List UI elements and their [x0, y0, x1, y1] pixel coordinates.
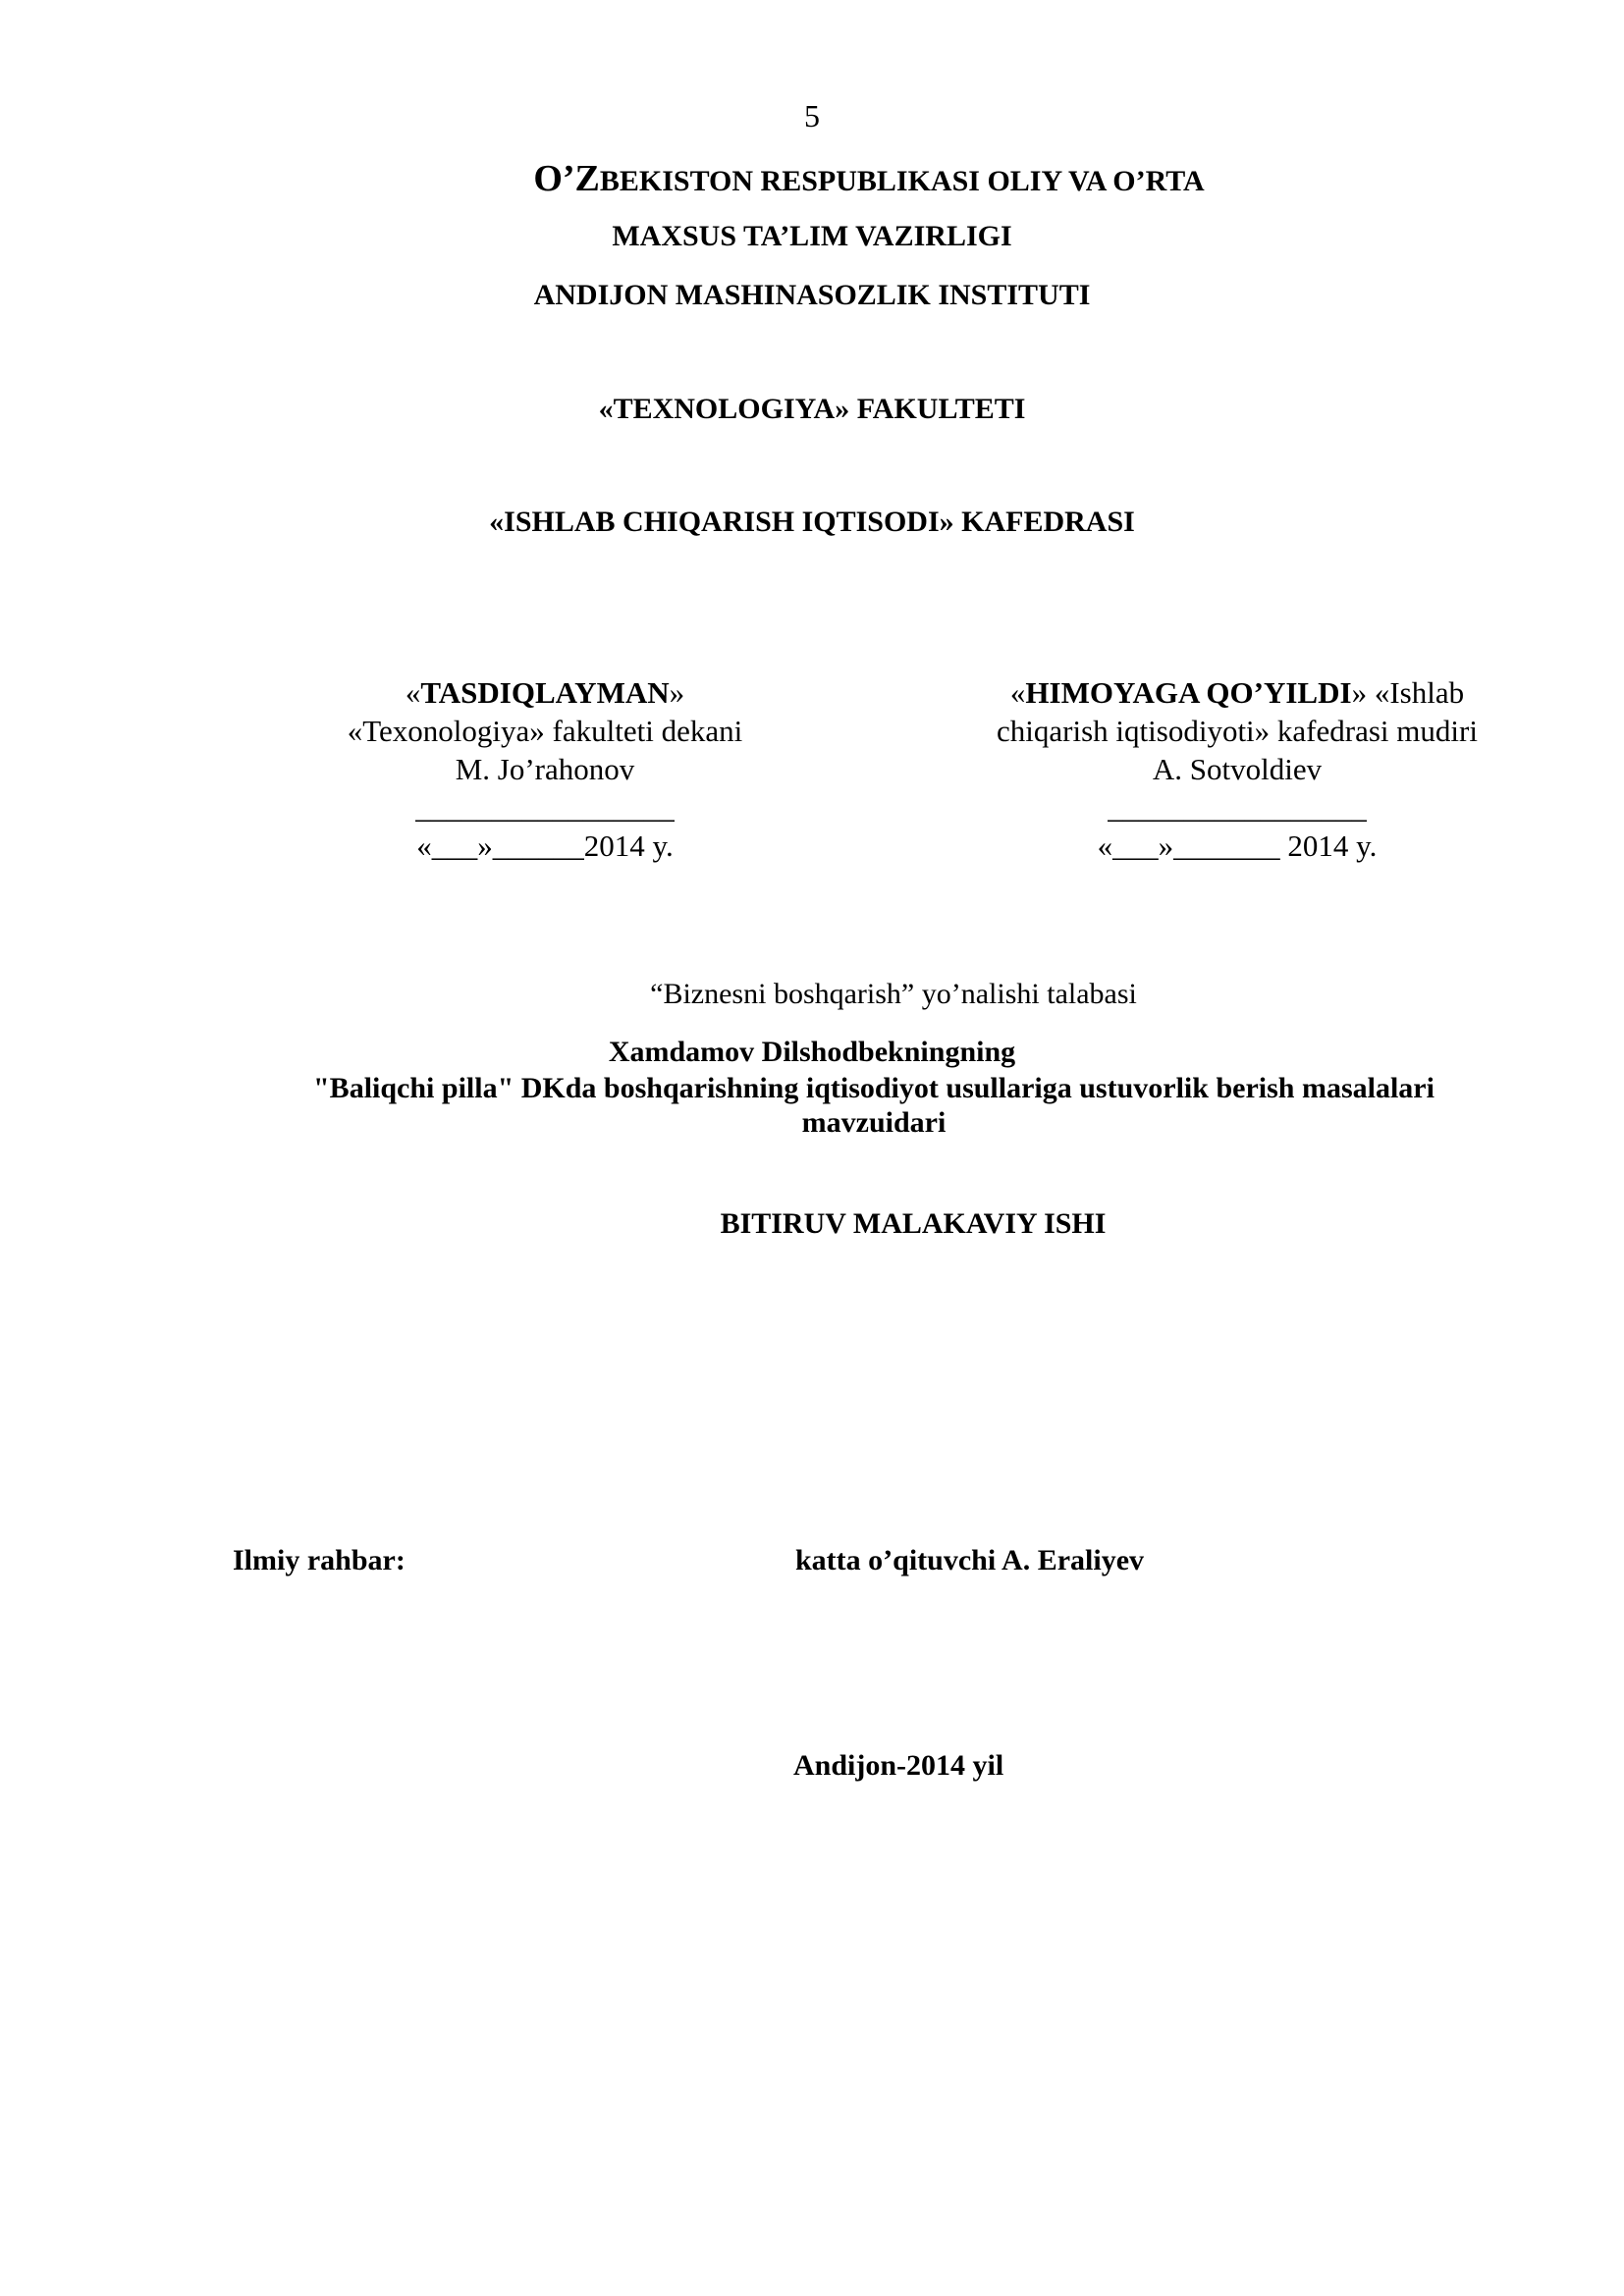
student-direction: “Biznesni boshqarish” yo’nalishi talabas…: [550, 978, 1237, 1011]
approver-name: A. Sotvoldiev: [943, 750, 1532, 788]
approval-title: TASDIQLAYMAN: [420, 675, 669, 710]
approver-position: chiqarish iqtisodiyoti» kafedrasi mudiri: [943, 712, 1532, 750]
date-line: «___»_______ 2014 y.: [943, 827, 1532, 865]
city-year: Andijon-2014 yil: [793, 1749, 1003, 1783]
quote-close: »: [670, 675, 685, 710]
document-type: BITIRUV MALAKAVIY ISHI: [599, 1207, 1227, 1241]
approval-title: HIMOYAGA QO’YILDI: [1025, 675, 1351, 710]
quote-open: «: [1010, 675, 1026, 710]
page-number: 5: [0, 98, 1624, 134]
signature-line: _________________: [943, 788, 1532, 827]
faculty-name: «TEXNOLOGIYA» FAKULTETI: [0, 393, 1624, 426]
thesis-topic: "Baliqchi pilla" DKda boshqarishning iqt…: [236, 1071, 1512, 1140]
signature-line: _________________: [295, 788, 795, 827]
thesis-topic-line-1: "Baliqchi pilla" DKda boshqarishning iqt…: [236, 1071, 1512, 1105]
ministry-title-line-2: MAXSUS TA’LIM VAZIRLIGI: [0, 220, 1624, 253]
approval-title-line: «TASDIQLAYMAN»: [295, 673, 795, 712]
ministry-title-rest: BEKISTON RESPUBLIKASI OLIY VA O’RTA: [600, 165, 1205, 197]
approver-name: M. Jo’rahonov: [295, 750, 795, 788]
approval-title-tail: » «Ishlab: [1352, 675, 1465, 710]
student-name: Xamdamov Dilshodbekningning: [0, 1036, 1624, 1069]
approval-title-line: «HIMOYAGA QO’YILDI» «Ishlab: [943, 673, 1532, 712]
thesis-topic-line-2: mavzuidari: [236, 1105, 1512, 1140]
approver-position: «Texonologiya» fakulteti dekani: [295, 712, 795, 750]
department-name: «ISHLAB CHIQARISH IQTISODI» KAFEDRASI: [0, 506, 1624, 539]
supervisor-name: katta o’qituvchi A. Eraliyev: [795, 1544, 1144, 1577]
supervisor-label: Ilmiy rahbar:: [233, 1544, 406, 1577]
approval-block-head-of-department: «HIMOYAGA QO’YILDI» «Ishlab chiqarish iq…: [943, 673, 1532, 865]
ministry-title-line-1: O’ZBEKISTON RESPUBLIKASI OLIY VA O’RTA: [491, 157, 1247, 200]
quote-open: «: [406, 675, 421, 710]
ministry-title-capital: O’Z: [533, 158, 600, 199]
date-line: «___»______2014 y.: [295, 827, 795, 865]
approval-block-dean: «TASDIQLAYMAN» «Texonologiya» fakulteti …: [295, 673, 795, 865]
institute-name: ANDIJON MASHINASOZLIK INSTITUTI: [0, 279, 1624, 312]
